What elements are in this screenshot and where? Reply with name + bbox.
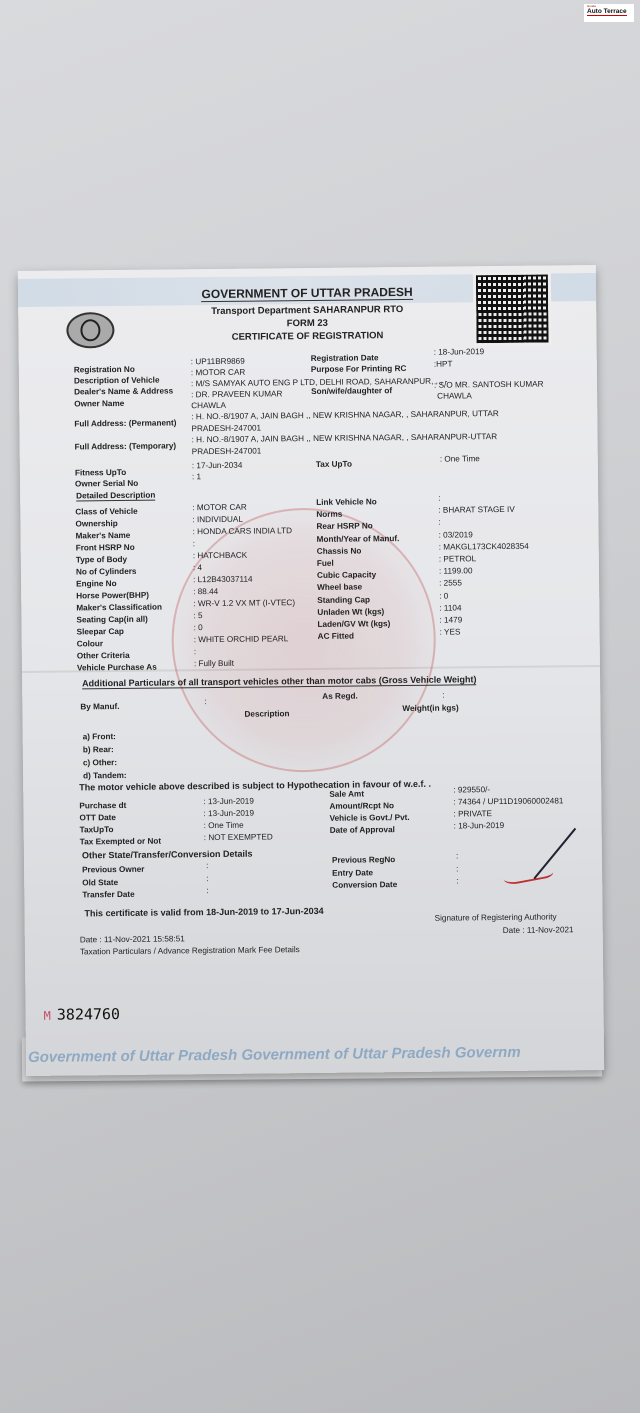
registration-date-value: : 18-Jun-2019	[434, 347, 485, 357]
weight-col-label: Weight(in kgs)	[402, 703, 458, 713]
tax-upto-label: Tax UpTo	[316, 460, 352, 469]
transfer-left-column: Previous Owner:Old State:Transfer Date:	[18, 265, 596, 271]
field-value: : 88.44	[193, 587, 218, 596]
signature-stroke	[533, 828, 576, 879]
son-of-value-line2: CHAWLA	[437, 391, 472, 400]
field-label: Transfer Date	[82, 890, 134, 900]
field-value: : Fully Built	[194, 659, 234, 668]
field-value: : 03/2019	[439, 530, 473, 539]
field-value: : 0	[439, 591, 448, 600]
serial-digits: 3824760	[57, 1005, 120, 1024]
field-label: Engine No	[76, 579, 117, 588]
transfer-details-title: Other State/Transfer/Conversion Details	[82, 849, 253, 861]
field-value: : 4	[193, 563, 202, 572]
field-value: : 2555	[439, 579, 462, 588]
field-label: TaxUpTo	[80, 825, 114, 834]
field-label: Cubic Capacity	[317, 571, 376, 581]
field-label: Horse Power(BHP)	[76, 591, 149, 601]
axle-other: c) Other:	[83, 758, 117, 767]
field-label: Conversion Date	[332, 880, 397, 890]
field-label: Class of Vehicle	[75, 507, 137, 517]
field-label: Colour	[77, 639, 103, 648]
field-value: : MAKGL173CK4028354	[439, 542, 529, 552]
field-label: Front HSRP No	[76, 543, 135, 553]
field-label: Fuel	[317, 559, 334, 568]
signature-label: Signature of Registering Authority	[435, 912, 557, 922]
field-value: :	[438, 494, 440, 503]
owner-value-line2: CHAWLA	[191, 401, 226, 410]
security-watermark-text: Government of Uttar Pradesh Government o…	[28, 1044, 521, 1066]
field-label: Previous RegNo	[332, 855, 395, 865]
registration-no-label: Registration No	[74, 365, 135, 375]
description-value: : MOTOR CAR	[191, 368, 246, 378]
field-value: : L12B43037114	[193, 575, 253, 585]
field-label: Purchase dt	[79, 801, 126, 810]
field-label: Chassis No	[317, 546, 362, 555]
field-value: : 1199.00	[439, 566, 473, 575]
field-value: : 5	[193, 611, 202, 620]
temp-address-value: : H. NO.-8/1907 A, JAIN BAGH ,, NEW KRIS…	[192, 432, 498, 444]
field-value: :	[194, 647, 196, 656]
field-label: Rear HSRP No	[316, 522, 372, 532]
hypothecation-note: The motor vehicle above described is sub…	[79, 779, 431, 793]
authority-signature	[500, 853, 554, 886]
serial-prefix: M	[44, 1009, 51, 1023]
by-manuf-value: :	[204, 697, 206, 706]
tax-upto-value: : One Time	[440, 454, 480, 463]
field-value: : PRIVATE	[453, 809, 491, 818]
field-value: : WHITE ORCHID PEARL	[194, 634, 289, 644]
as-regd-value: :	[442, 691, 444, 700]
field-label: Ownership	[75, 519, 117, 528]
description-col-label: Description	[244, 709, 289, 718]
field-value: :	[206, 861, 208, 870]
field-value: : PETROL	[439, 554, 476, 563]
field-label: Norms	[316, 510, 342, 519]
registration-no-value: : UP11BR9869	[191, 357, 245, 367]
field-value: : HONDA CARS INDIA LTD	[192, 526, 292, 536]
owner-serial-label: Owner Serial No	[75, 479, 138, 489]
son-of-value: : S/O MR. SANTOSH KUMAR	[434, 380, 544, 390]
field-label: AC Fitted	[318, 632, 354, 641]
field-value: : 1104	[439, 603, 461, 612]
transfer-right-column: Previous RegNo:Entry Date:Conversion Dat…	[18, 265, 596, 271]
detailed-left-column: Class of Vehicle: MOTOR CAROwnership: IN…	[18, 265, 596, 271]
owner-serial-value: : 1	[192, 472, 201, 481]
perm-address-value: : H. NO.-8/1907 A, JAIN BAGH ,, NEW KRIS…	[191, 409, 498, 421]
fitness-label: Fitness UpTo	[75, 468, 126, 478]
field-value: : INDIVIDUAL	[192, 515, 243, 525]
field-label: Seating Cap(in all)	[76, 615, 148, 625]
field-value: : 13-Jun-2019	[203, 809, 254, 819]
axle-front: a) Front:	[83, 732, 116, 741]
axle-tandem: d) Tandem:	[83, 771, 127, 780]
purchase-right-column: Sale Amt: 929550/-Amount/Rcpt No: 74364 …	[18, 265, 596, 271]
temp-address-value-line2: PRADESH-247001	[192, 447, 262, 457]
description-label: Description of Vehicle	[74, 376, 160, 386]
field-value: : 18-Jun-2019	[454, 821, 505, 831]
dealer-label: Dealer's Name & Address	[74, 386, 173, 396]
field-value: : 0	[193, 623, 202, 632]
serial-number: M3824760	[43, 1005, 120, 1024]
field-value: : BHARAT STAGE IV	[438, 505, 515, 515]
field-value: : One Time	[204, 821, 244, 830]
field-label: Vehicle is Govt./ Pvt.	[330, 813, 410, 823]
detailed-description-title: Detailed Description	[76, 491, 155, 502]
field-label: Tax Exempted or Not	[80, 837, 161, 847]
field-value: :	[438, 518, 440, 527]
field-label: Maker's Classification	[76, 603, 162, 613]
field-label: Vehicle Purchase As	[77, 663, 157, 673]
perm-address-value-line2: PRADESH-247001	[191, 424, 261, 434]
field-label: Entry Date	[332, 868, 373, 877]
field-label: No of Cylinders	[76, 567, 137, 577]
field-label: Standing Cap	[317, 595, 370, 605]
field-label: Sleepar Cap	[77, 627, 124, 636]
fitness-value: : 17-Jun-2034	[192, 461, 243, 471]
field-value: : 1479	[439, 615, 462, 624]
son-of-label: Son/wife/daughter of	[311, 386, 392, 396]
detailed-right-column: Link Vehicle No:Norms: BHARAT STAGE IVRe…	[18, 265, 596, 271]
as-regd-label: As Regd.	[322, 692, 358, 701]
field-label: Previous Owner	[82, 865, 144, 875]
taxation-note: Taxation Particulars / Advance Registrat…	[80, 945, 300, 956]
field-value: :	[206, 886, 208, 895]
field-label: OTT Date	[79, 813, 115, 822]
purpose-value: :HPT	[434, 360, 453, 369]
validity-statement: This certificate is valid from 18-Jun-20…	[84, 906, 323, 919]
field-label: Type of Body	[76, 555, 127, 565]
field-value: : NOT EXEMPTED	[204, 832, 273, 842]
field-value: :	[206, 874, 208, 883]
field-label: Month/Year of Manuf.	[317, 534, 400, 544]
owner-value: : DR. PRAVEEN KUMAR	[191, 389, 282, 399]
registration-certificate: GOVERNMENT OF UTTAR PRADESH Transport De…	[18, 265, 604, 1076]
field-value: : HATCHBACK	[193, 551, 248, 561]
brand-logo: Honda Auto Terrace	[584, 4, 634, 22]
registration-date-label: Registration Date	[311, 353, 379, 363]
field-label: Unladen Wt (kgs)	[317, 607, 384, 617]
purpose-label: Purpose For Printing RC	[311, 364, 407, 374]
field-label: Maker's Name	[76, 531, 131, 541]
signature-date: Date : 11-Nov-2021	[503, 925, 574, 935]
field-label: Sale Amt	[329, 789, 364, 798]
field-label: Wheel base	[317, 583, 362, 592]
field-value: :	[456, 876, 458, 885]
field-value: : 74364 / UP11D19060002481	[453, 796, 563, 806]
field-label: Old State	[82, 878, 118, 887]
field-value: :	[193, 539, 195, 548]
field-label: Date of Approval	[330, 825, 395, 835]
field-value: : 13-Jun-2019	[203, 797, 254, 807]
axle-rear: b) Rear:	[83, 745, 114, 754]
purchase-left-column: Purchase dt: 13-Jun-2019OTT Date: 13-Jun…	[18, 265, 596, 271]
field-label: Laden/GV Wt (kgs)	[317, 619, 390, 629]
field-label: Amount/Rcpt No	[329, 801, 394, 811]
field-value: :	[456, 864, 458, 873]
by-manuf-label: By Manuf.	[80, 702, 119, 711]
field-value: : 929550/-	[453, 785, 490, 794]
field-label: Other Criteria	[77, 651, 130, 661]
field-value: : YES	[440, 628, 461, 637]
field-value: :	[456, 851, 458, 860]
perm-address-label: Full Address: (Permanent)	[74, 418, 176, 428]
owner-label: Owner Name	[74, 399, 124, 409]
brand-name: Auto Terrace	[587, 8, 627, 16]
temp-address-label: Full Address: (Temporary)	[75, 441, 177, 451]
field-label: Link Vehicle No	[316, 497, 377, 507]
print-date: Date : 11-Nov-2021 15:58:51	[80, 934, 185, 944]
field-value: : WR-V 1.2 VX MT (I-VTEC)	[193, 598, 295, 608]
field-value: : MOTOR CAR	[192, 503, 247, 513]
